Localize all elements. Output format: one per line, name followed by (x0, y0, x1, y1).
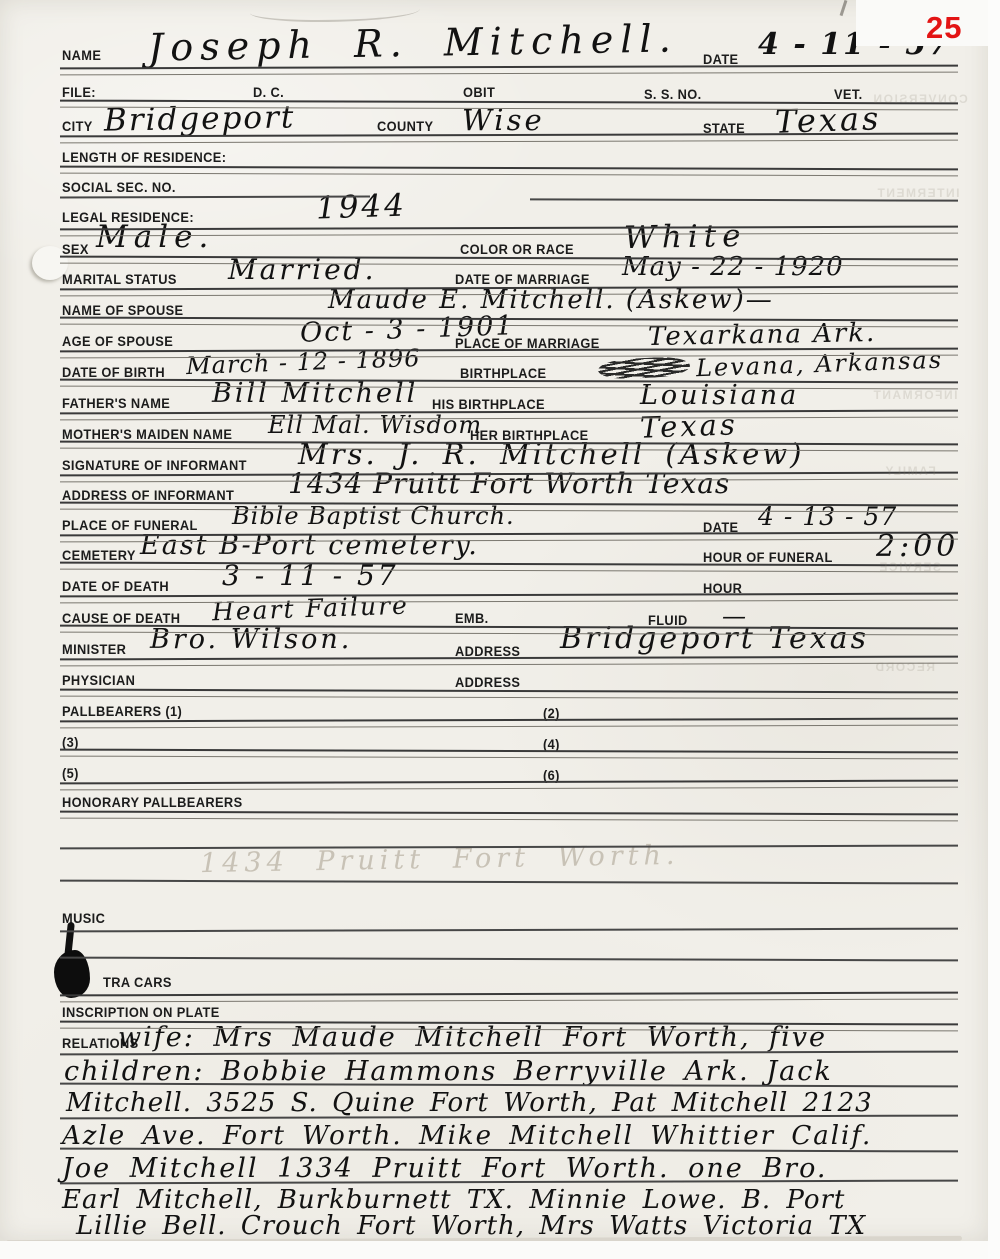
fathers-name-label: FATHER'S NAME (62, 396, 170, 411)
rule-line (60, 502, 958, 513)
scan-right-edge (988, 0, 1000, 1259)
relations-line-7: Lillie Bell. Crouch Fort Worth, Mrs Watt… (76, 1213, 866, 1239)
rule-line (60, 780, 958, 791)
rule-line (60, 65, 958, 76)
honorary-pallbearers-label: HONORARY PALLBEARERS (62, 795, 243, 810)
rule-line (60, 562, 958, 573)
bleed-through-text: CONVERSION (872, 92, 968, 106)
dc-label: D. C. (253, 85, 284, 100)
strikeout-scribble (598, 356, 691, 381)
physician-address-label: ADDRESS (455, 675, 520, 690)
emb-label: EMB. (455, 611, 489, 626)
scanned-funeral-record-page: NAME Joseph R. Mitchell. DATE 4 - 11 - 5… (0, 0, 1000, 1259)
rule-line (60, 992, 958, 1003)
rule-line (60, 226, 958, 237)
name-value: Joseph R. Mitchell. (148, 19, 678, 66)
his-birthplace-label: HIS BIRTHPLACE (432, 397, 545, 412)
pallbearers-label: PALLBEARERS (1) (62, 704, 182, 719)
date-of-death-label: DATE OF DEATH (62, 579, 169, 594)
rule-line (60, 718, 958, 729)
relations-line-6: Earl Mitchell, Burkburnett TX. Minnie Lo… (62, 1187, 845, 1213)
rule-line (60, 441, 958, 452)
bleed-through-text: INTERMENT (876, 186, 960, 200)
scan-corner-patch (856, 0, 988, 46)
rule-line (60, 593, 958, 604)
relations-line-2: children: Bobbie Hammons Berryville Ark.… (64, 1058, 833, 1085)
bleed-through-text: FAMILY (884, 464, 936, 478)
relations-line-4: Azle Ave. Fort Worth. Mike Mitchell Whit… (62, 1123, 872, 1149)
rule-line (60, 957, 958, 962)
rule-line (60, 656, 958, 667)
color-or-race-label: COLOR OR RACE (460, 242, 574, 257)
social-sec-no-label: SOCIAL SEC. NO. (62, 180, 176, 195)
rule-line (60, 410, 958, 421)
rule-line (60, 749, 958, 760)
rule-line (60, 286, 958, 297)
record-card: NAME Joseph R. Mitchell. DATE 4 - 11 - 5… (0, 0, 988, 1241)
rule-line (60, 689, 958, 700)
signature-of-informant-label: SIGNATURE OF INFORMANT (62, 458, 247, 473)
rule-line (60, 256, 958, 267)
relations-line-3: Mitchell. 3525 S. Quine Fort Worth, Pat … (66, 1090, 873, 1116)
file-label: FILE: (62, 85, 96, 100)
rule-line (60, 166, 958, 177)
pallbearer-slot-5: (5) (62, 766, 79, 781)
extra-cars-label: TRA CARS (103, 975, 172, 990)
rule-line (60, 472, 958, 483)
bleed-through-text: SERVICE (878, 560, 941, 574)
sex-value: Male. (96, 222, 214, 253)
marital-status-label: MARITAL STATUS (62, 272, 177, 287)
physician-label: PHYSICIAN (62, 673, 135, 688)
city-label: CITY (62, 119, 93, 134)
county-label: COUNTY (377, 119, 433, 134)
stray-ink-tick (840, 0, 848, 16)
bleed-through-text: INFORMANT (872, 388, 958, 402)
rule-line (60, 317, 958, 328)
page-number: 25 (926, 10, 962, 46)
name-label: NAME (62, 48, 101, 63)
age-of-spouse-label: AGE OF SPOUSE (62, 334, 173, 349)
rule-line (60, 880, 958, 885)
length-of-residence-label: LENGTH OF RESIDENCE: (62, 150, 226, 165)
scan-bottom-edge (0, 1241, 988, 1259)
rule-line (60, 811, 958, 822)
rule-line (60, 379, 958, 390)
county-value: Wise (462, 106, 545, 135)
rule-line (60, 928, 958, 933)
relations-line-5: Joe Mitchell 1334 Pruitt Fort Worth. one… (62, 1155, 827, 1182)
minister-label: MINISTER (62, 642, 126, 657)
birthplace-label: BIRTHPLACE (460, 366, 546, 381)
ssn-label: S. S. NO. (644, 87, 702, 102)
obit-label: OBIT (463, 85, 495, 100)
stray-ink-curl (250, 0, 420, 22)
inscription-on-plate-label: INSCRIPTION ON PLATE (62, 1005, 220, 1020)
rule-line (60, 532, 958, 543)
rule-line (60, 133, 958, 144)
bleed-through-text: RECORD (874, 660, 935, 674)
